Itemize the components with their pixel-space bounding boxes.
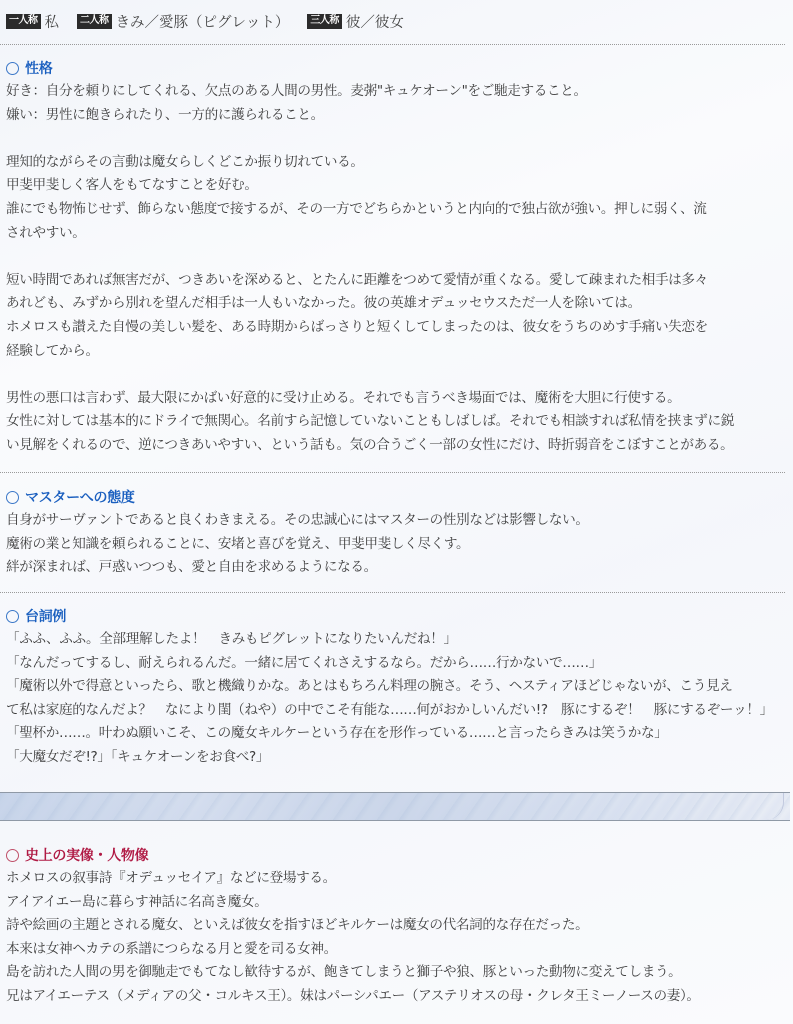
quote-line: て私は家庭的なんだよ？ なにより閨（ねや）の中でこそ有能な……何がおかしいんだい…: [6, 699, 790, 723]
circle-bullet-icon: [6, 849, 19, 862]
section-title: 性格: [25, 58, 52, 78]
text-line: 理知的ながらその言動は魔女らしくどこか振り切れている。: [6, 151, 790, 175]
dotted-divider: [0, 472, 785, 473]
text-line: 嫌い：男性に飽きられたり、一方的に護られること。: [6, 104, 790, 128]
text-line: されやすい。: [6, 222, 790, 246]
blank-line: [6, 245, 790, 269]
text-line: い見解をくれるので、逆につきあいやすい、という話も。気の合うごく一部の女性にだけ…: [6, 434, 790, 458]
section-personality: 性格 好き：自分を頼りにしてくれる、欠点のある人間の男性。麦粥"キュケオーン"を…: [6, 58, 790, 458]
text-line: 自身がサーヴァントであると良くわきまえる。その忠誠心にはマスターの性別などは影響…: [6, 509, 790, 533]
text-line: ホメロスの叙事詩『オデュッセイア』などに登場する。: [6, 867, 790, 891]
section-master-attitude: マスターへの態度 自身がサーヴァントであると良くわきまえる。その忠誠心にはマスタ…: [6, 487, 790, 580]
text-line: 短い時間であれば無害だが、つきあいを深めると、とたんに距離をつめて愛情が重くなる…: [6, 269, 790, 293]
text-line: アイアイエー島に暮らす神話に名高き魔女。: [6, 891, 790, 915]
first-person-badge: 一人称: [6, 14, 41, 29]
quote-line: 「大魔女だぞ!?」「キュケオーンをお食べ?」: [6, 746, 790, 770]
text-line: 絆が深まれば、戸惑いつつも、愛と自由を求めるようになる。: [6, 556, 790, 580]
quote-line: 「魔術以外で得意といったら、歌と機織りかな。あとはもちろん料理の腕さ。そう、ヘス…: [6, 675, 790, 699]
section-heading: 台詞例: [6, 606, 790, 626]
first-person-value: 私: [45, 11, 60, 32]
text-line: あれども、みずから別れを望んだ相手は一人もいなかった。彼の英雄オデュッセウスただ…: [6, 292, 790, 316]
text-line: 好き：自分を頼りにしてくれる、欠点のある人間の男性。麦粥"キュケオーン"をご馳走…: [6, 80, 790, 104]
quote-line: 「なんだってするし、耐えられるんだ。一緒に居てくれさえするなら。だから……行かな…: [6, 652, 790, 676]
section-history: 史上の実像・人物像 ホメロスの叙事詩『オデュッセイア』などに登場する。 アイアイ…: [6, 845, 790, 1009]
section-title: 史上の実像・人物像: [25, 845, 148, 865]
pronoun-row: 一人称 私 二人称 きみ／愛豚（ピグレット） 三人称 彼／彼女: [6, 11, 404, 31]
second-person-badge: 二人称: [77, 14, 112, 29]
text-line: 詩や絵画の主題とされる魔女、といえば彼女を指すほどキルケーは魔女の代名詞的な存在…: [6, 914, 790, 938]
text-line: 島を訪れた人間の男を御馳走でもてなし歓待するが、飽きてしまうと獅子や狼、豚といっ…: [6, 961, 790, 985]
text-line: 経験してから。: [6, 340, 790, 364]
decorative-banner: [0, 792, 790, 821]
text-line: 男性の悪口は言わず、最大限にかばい好意的に受け止める。それでも言うべき場面では、…: [6, 387, 790, 411]
quote-line: 「聖杯か……。叶わぬ願いこそ、この魔女キルケーという存在を形作っている……と言っ…: [6, 722, 790, 746]
third-person-badge: 三人称: [307, 14, 342, 29]
third-person-value: 彼／彼女: [346, 11, 404, 32]
text-line: 甲斐甲斐しく客人をもてなすことを好む。: [6, 174, 790, 198]
dotted-divider: [0, 44, 785, 45]
banner-curl-decoration: [754, 793, 784, 820]
circle-bullet-icon: [6, 610, 19, 623]
second-person-value: きみ／愛豚（ピグレット）: [116, 11, 290, 32]
circle-bullet-icon: [6, 62, 19, 75]
text-line: 女性に対しては基本的にドライで無関心。名前すら記憶していないこともしばしば。それ…: [6, 410, 790, 434]
text-line: 本来は女神ヘカテの系譜につらなる月と愛を司る女神。: [6, 938, 790, 962]
dotted-divider: [0, 592, 785, 593]
text-line: ホメロスも讃えた自慢の美しい髪を、ある時期からばっさりと短くしてしまったのは、彼…: [6, 316, 790, 340]
section-heading: 性格: [6, 58, 790, 78]
section-quotes: 台詞例 「ふふ、ふふ。全部理解したよ！ きみもピグレットになりたいんだね！」 「…: [6, 606, 790, 770]
text-line: 魔術の業と知識を頼られることに、安堵と喜びを覚え、甲斐甲斐しく尽くす。: [6, 533, 790, 557]
blank-line: [6, 363, 790, 387]
text-line: 誰にでも物怖じせず、飾らない態度で接するが、その一方でどちらかというと内向的で独…: [6, 198, 790, 222]
section-heading: 史上の実像・人物像: [6, 845, 790, 865]
circle-bullet-icon: [6, 491, 19, 504]
text-line: 兄はアイエーテス（メディアの父・コルキス王）。妹はパーシパエー（アステリオスの母…: [6, 985, 790, 1009]
section-title: 台詞例: [25, 606, 66, 626]
section-title: マスターへの態度: [25, 487, 135, 507]
quote-line: 「ふふ、ふふ。全部理解したよ！ きみもピグレットになりたいんだね！」: [6, 628, 790, 652]
section-heading: マスターへの態度: [6, 487, 790, 507]
blank-line: [6, 127, 790, 151]
